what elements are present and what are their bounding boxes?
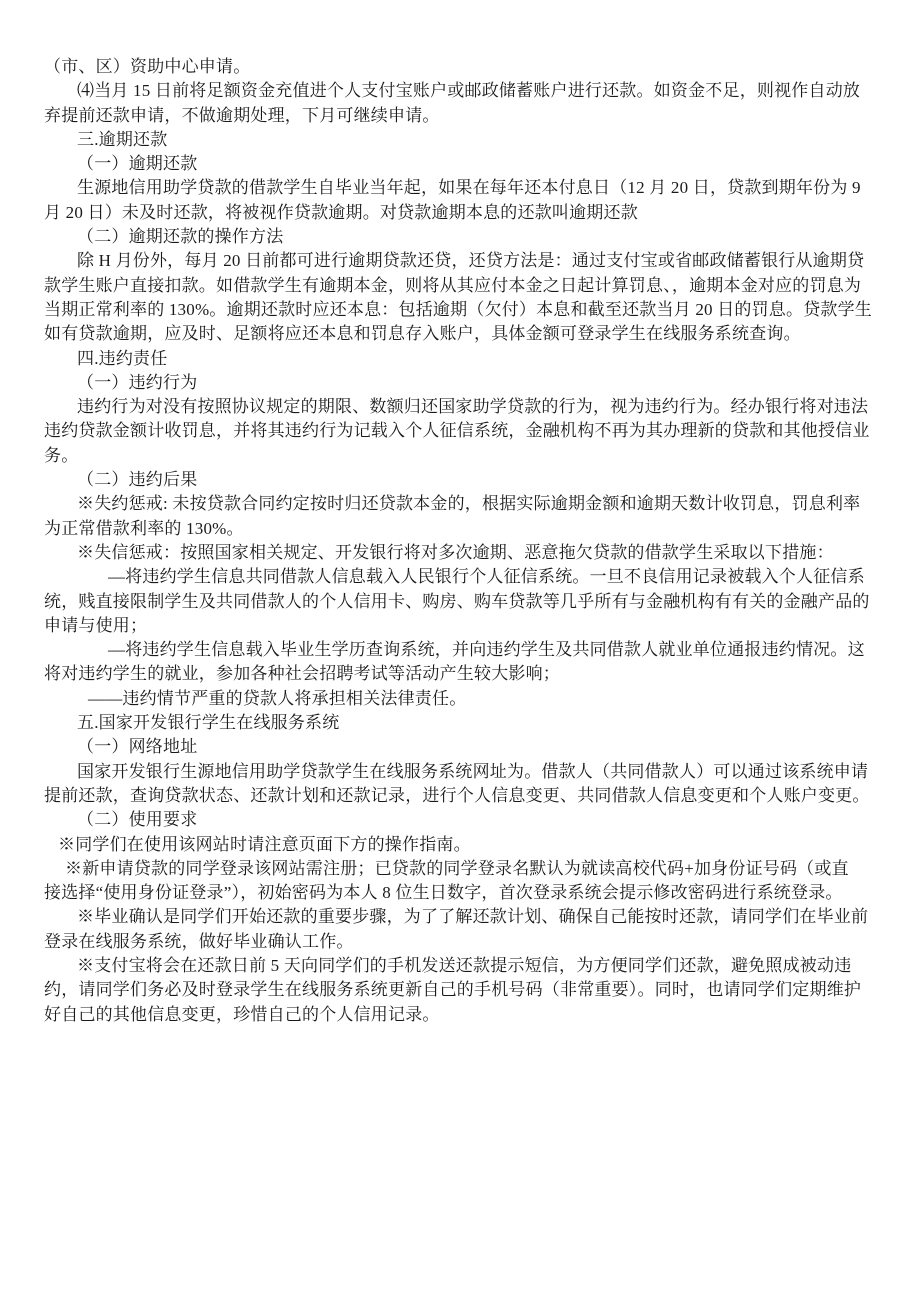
text-line: 约，请同学们务必及时登录学生在线服务系统更新自己的手机号码（非常重要）。同时，也… — [44, 978, 884, 1002]
text-line: 除 H 月份外，每月 20 日前都可进行逾期贷款还贷，还贷方法是：通过支付宝或省… — [44, 249, 884, 273]
subsection-heading: （一）违约行为 — [44, 371, 884, 395]
text-line: ※新申请贷款的同学登录该网站需注册；已贷款的同学登录名默认为就读高校代码+加身份… — [44, 857, 884, 881]
text-line: （市、区）资助中心申请。 — [44, 55, 884, 79]
text-line: 接选择“使用身份证登录”），初始密码为本人 8 位生日数字，首次登录系统会提示修… — [44, 881, 884, 905]
text-line: 违约行为对没有按照协议规定的期限、数额归还国家助学贷款的行为，视为违约行为。经办… — [44, 395, 884, 419]
text-line: 弃提前还款申请，不做逾期处理，下月可继续申请。 — [44, 104, 884, 128]
text-line: 提前还款，查询贷款状态、还款计划和还款记录，进行个人信息变更、共同借款人信息变更… — [44, 784, 884, 808]
subsection-heading: （一）逾期还款 — [44, 152, 884, 176]
text-line: 生源地信用助学贷款的借款学生自毕业当年起，如果在每年还本付息日（12 月 20 … — [44, 176, 884, 200]
text-line: ※毕业确认是同学们开始还款的重要步骤，为了了解还款计划、确保自己能按时还款，请同… — [44, 905, 884, 929]
section-heading: 三.逾期还款 — [44, 128, 884, 152]
text-line: 款学生账户直接扣款。如借款学生有逾期本金，则将从其应付本金之日起计算罚息、，逾期… — [44, 274, 884, 298]
text-line: —将违约学生信息载入毕业生学历查询系统，并向违约学生及共同借款人就业单位通报违约… — [44, 638, 884, 662]
text-line: ⑷当月 15 日前将足额资金充值进个人支付宝账户或邮政储蓄账户进行还款。如资金不… — [44, 79, 884, 103]
text-line: —将违约学生信息共同借款人信息载入人民银行个人征信系统。一旦不良信用记录被载入个… — [44, 565, 884, 589]
subsection-heading: （二）使用要求 — [44, 808, 884, 832]
text-line: 统，贱直接限制学生及共同借款人的个人信用卡、购房、购车贷款等几乎所有与金融机构有… — [44, 590, 884, 614]
section-heading: 五.国家开发银行学生在线服务系统 — [44, 711, 884, 735]
text-line: 为正常借款利率的 130%。 — [44, 517, 884, 541]
text-line: 月 20 日）未及时还款，将被视作贷款逾期。对贷款逾期本息的还款叫逾期还款 — [44, 201, 884, 225]
subsection-heading: （二）逾期还款的操作方法 — [44, 225, 884, 249]
text-line: 申请与使用； — [44, 614, 884, 638]
subsection-heading: （二）违约后果 — [44, 468, 884, 492]
document-page: （市、区）资助中心申请。 ⑷当月 15 日前将足额资金充值进个人支付宝账户或邮政… — [44, 55, 884, 1027]
text-line: 将对违约学生的就业，参加各种社会招聘考试等活动产生较大影响； — [44, 662, 884, 686]
subsection-heading: （一）网络地址 — [44, 735, 884, 759]
text-line: ※失约惩戒: 未按贷款合同约定按时归还贷款本金的，根据实际逾期金额和逾期天数计收… — [44, 492, 884, 516]
text-line: ※支付宝将会在还款日前 5 天向同学们的手机发送还款提示短信，为方便同学们还款，… — [44, 954, 884, 978]
text-line: 登录在线服务系统，做好毕业确认工作。 — [44, 930, 884, 954]
text-line: 务。 — [44, 444, 884, 468]
text-line: 当期正常利率的 130%。逾期还款时应还本息：包括逾期（欠付）本息和截至还款当月… — [44, 298, 884, 322]
text-line: 国家开发银行生源地信用助学贷款学生在线服务系统网址为。借款人（共同借款人）可以通… — [44, 760, 884, 784]
text-line: ※同学们在使用该网站时请注意页面下方的操作指南。 — [44, 833, 884, 857]
text-line: ※失信惩戒：按照国家相关规定、开发银行将对多次逾期、恶意拖欠贷款的借款学生采取以… — [44, 541, 884, 565]
text-line: 违约贷款金额计收罚息，并将其违约行为记载入个人征信系统，金融机构不再为其办理新的… — [44, 419, 884, 443]
section-heading: 四.违约责任 — [44, 347, 884, 371]
text-line: 好自己的其他信息变更，珍惜自己的个人信用记录。 — [44, 1003, 884, 1027]
text-line: ——违约情节严重的贷款人将承担相关法律责任。 — [44, 687, 884, 711]
text-line: 如有贷款逾期，应及时、足额将应还本息和罚息存入账户，具体金额可登录学生在线服务系… — [44, 322, 884, 346]
